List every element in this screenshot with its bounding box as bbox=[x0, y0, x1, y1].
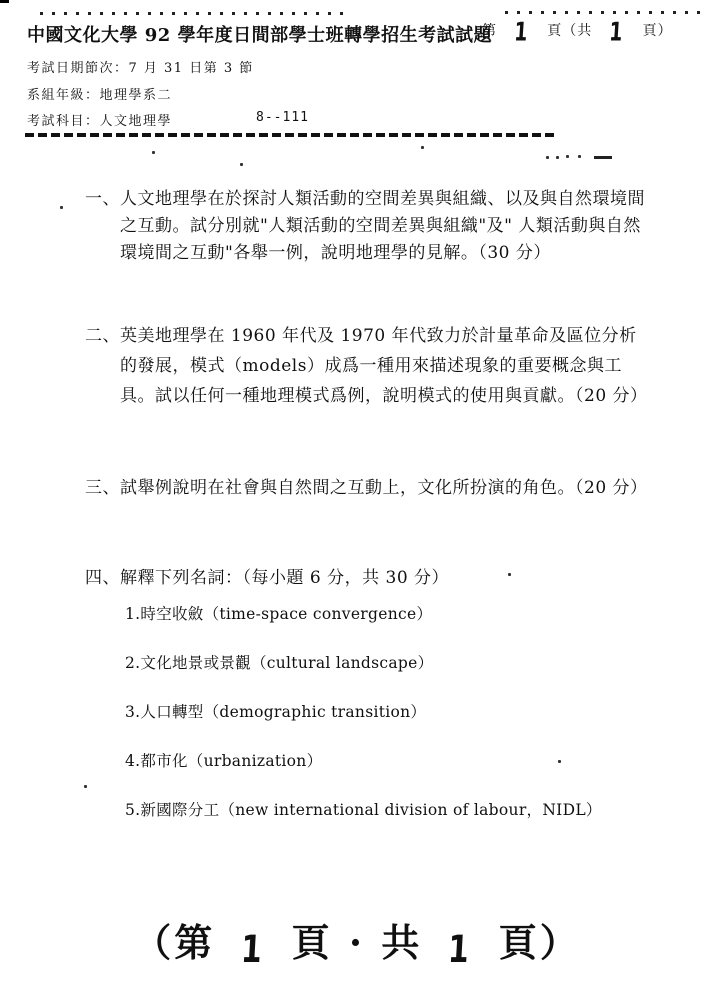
term-item-4: 4.都市化（urbanization） bbox=[125, 750, 648, 772]
footer-handwritten-total-pages: 1 bbox=[446, 932, 472, 970]
scan-dotted-line-top-left bbox=[40, 12, 350, 15]
department-row: 系組年級：地理學系二 bbox=[27, 84, 172, 103]
scan-noise-dot bbox=[60, 206, 63, 209]
footer-prefix: （第 bbox=[133, 920, 215, 965]
header-separator-line bbox=[25, 133, 557, 137]
exam-title: 中國文化大學 92 學年度日間部學士班轉學招生考試試題 bbox=[27, 21, 492, 47]
question-4-sub-list: 1.時空收斂（time-space convergence） 2.文化地景或景觀… bbox=[85, 603, 648, 821]
page-label-prefix: 第 bbox=[482, 20, 497, 40]
question-4-text: 解釋下列名詞：（每小題 6 分，共 30 分） bbox=[120, 565, 648, 592]
page-label-suffix: 頁） bbox=[642, 20, 672, 40]
footer-suffix: 頁） bbox=[499, 920, 581, 965]
question-1-number: 一、 bbox=[85, 186, 120, 213]
question-3: 三、 試舉例說明在社會與自然間之互動上，文化所扮演的角色。（20 分） bbox=[85, 475, 648, 502]
term-item-3: 3.人口轉型（demographic transition） bbox=[125, 701, 648, 723]
question-2-text: 英美地理學在 1960 年代及 1970 年代致力於計量革命及區位分析的發展，模… bbox=[120, 321, 648, 411]
question-4: 四、 解釋下列名詞：（每小題 6 分，共 30 分） 1.時空收斂（time-s… bbox=[85, 565, 648, 821]
exam-date-row: 考試日期節次：7 月 31 日第 3 節 bbox=[27, 57, 254, 76]
term-item-1: 1.時空收斂（time-space convergence） bbox=[125, 603, 648, 625]
question-2: 二、 英美地理學在 1960 年代及 1970 年代致力於計量革命及區位分析的發… bbox=[85, 321, 648, 411]
footer-handwritten-page-number: 1 bbox=[239, 932, 265, 970]
question-4-head: 四、 解釋下列名詞：（每小題 6 分，共 30 分） bbox=[85, 565, 648, 592]
scan-noise-dot bbox=[578, 155, 581, 158]
scan-noise-dash bbox=[594, 156, 612, 159]
scanned-exam-page: 中國文化大學 92 學年度日間部學士班轉學招生考試試題 第 1 頁（共 1 頁）… bbox=[0, 0, 714, 984]
question-3-text: 試舉例說明在社會與自然間之互動上，文化所扮演的角色。（20 分） bbox=[120, 475, 648, 502]
question-4-number: 四、 bbox=[85, 565, 120, 592]
scan-noise-dot bbox=[546, 156, 549, 159]
scan-noise-dot bbox=[556, 156, 559, 159]
page-label-middle: 頁（共 bbox=[547, 20, 592, 40]
question-3-number: 三、 bbox=[85, 475, 120, 502]
footer-middle: 頁 · 共 bbox=[292, 920, 423, 965]
scan-dotted-line-top-right bbox=[505, 11, 705, 14]
handwritten-page-number: 1 bbox=[513, 20, 529, 46]
question-1-text: 人文地理學在於探討人類活動的空間差異與組織、以及與自然環境間之互動。試分別就"人… bbox=[120, 186, 648, 267]
subject-row: 考試科目：人文地理學 8--111 bbox=[27, 110, 309, 129]
header-page-label: 第 1 頁（共 1 頁） bbox=[482, 20, 672, 40]
term-item-5: 5.新國際分工（new international division of la… bbox=[125, 799, 648, 821]
scan-edge-mark bbox=[0, 0, 9, 3]
footer-page-indicator: （第 1 頁 · 共 1 頁） bbox=[0, 912, 714, 967]
handwritten-total-pages: 1 bbox=[609, 20, 625, 46]
scan-noise-dot bbox=[566, 155, 569, 158]
subject-label: 考試科目：人文地理學 bbox=[27, 110, 172, 129]
question-2-number: 二、 bbox=[85, 321, 120, 351]
paper-code: 8--111 bbox=[256, 110, 309, 129]
scan-noise-dot bbox=[421, 146, 424, 149]
question-1: 一、 人文地理學在於探討人類活動的空間差異與組織、以及與自然環境間之互動。試分別… bbox=[85, 186, 648, 267]
term-item-2: 2.文化地景或景觀（cultural landscape） bbox=[125, 652, 648, 674]
scan-noise-dot bbox=[240, 163, 243, 166]
scan-noise-dot bbox=[152, 151, 155, 154]
